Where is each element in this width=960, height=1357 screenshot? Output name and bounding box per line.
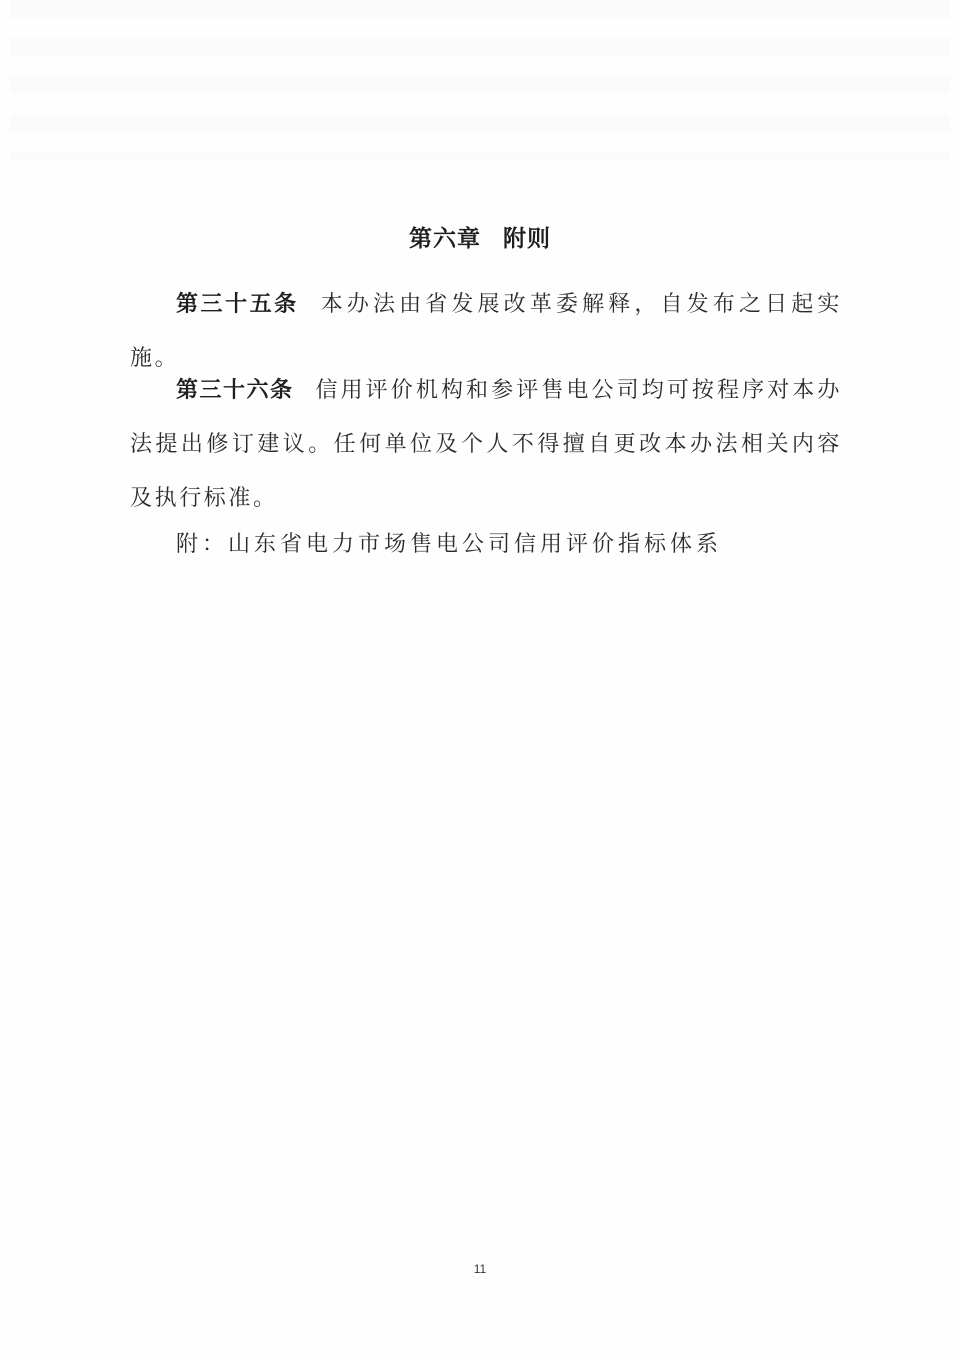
attachment-note: 附：山东省电力市场售电公司信用评价指标体系 — [176, 518, 722, 572]
chapter-title: 第六章附则 — [0, 222, 960, 256]
article-label: 第三十六条 — [176, 378, 293, 403]
chapter-number: 第六章 — [409, 226, 481, 252]
article-label: 第三十五条 — [176, 292, 299, 317]
chapter-name: 附则 — [503, 226, 551, 252]
scan-bleed-through — [10, 0, 950, 160]
page-number: 11 — [0, 1262, 960, 1276]
document-page: 第六章附则 第三十五条本办法由省发展改革委解释，自发布之日起实施。 第三十六条信… — [0, 0, 960, 1357]
article-36: 第三十六条信用评价机构和参评售电公司均可按程序对本办法提出修订建议。任何单位及个… — [130, 364, 842, 526]
